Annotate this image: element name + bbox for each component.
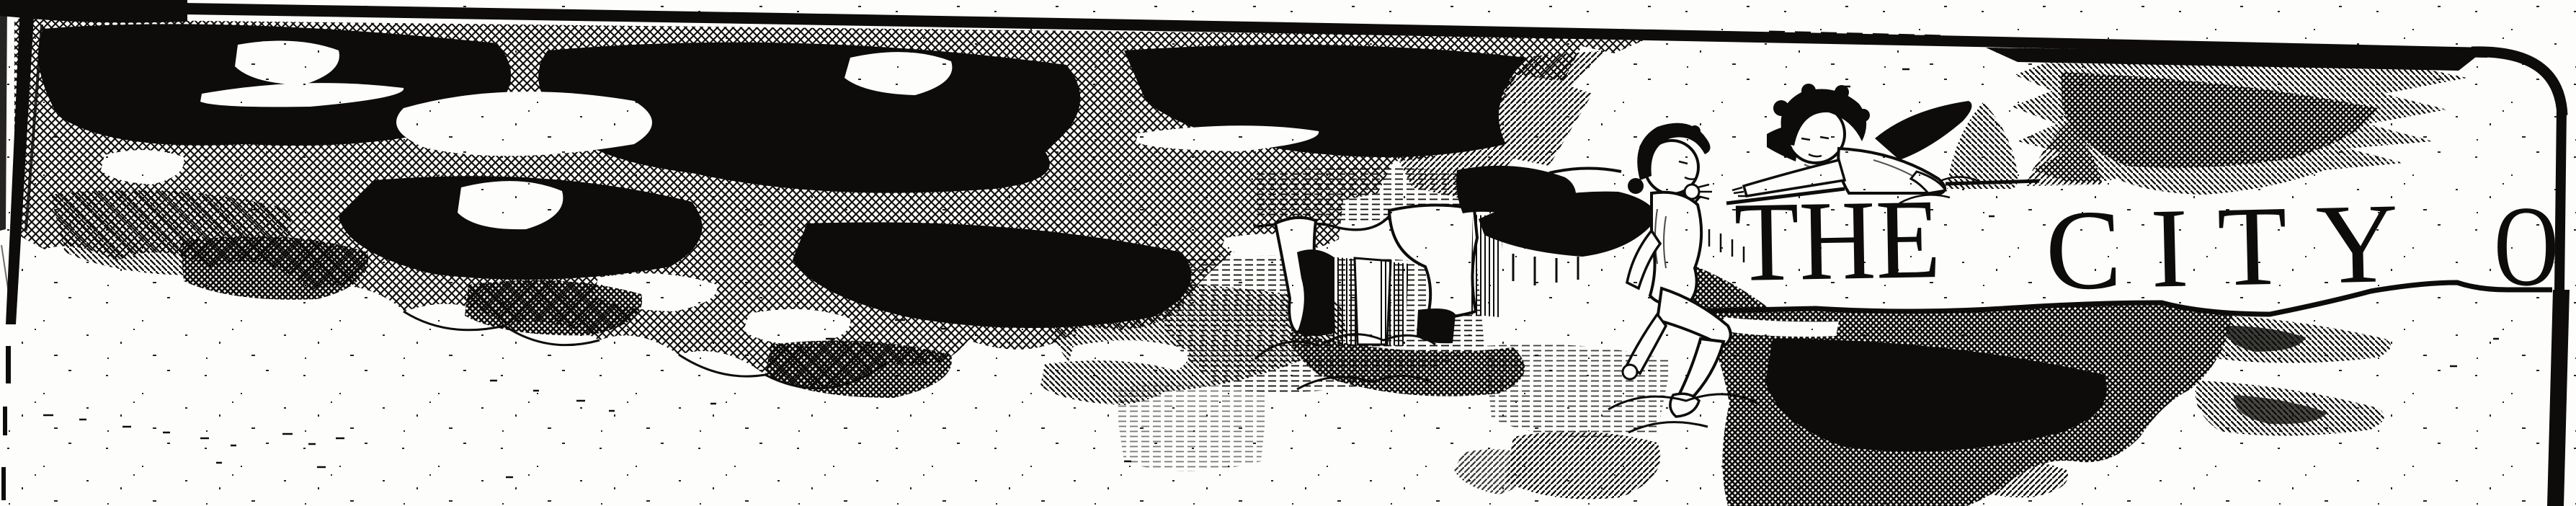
engraved-map-title-plate: THE CITY O [0, 0, 2576, 506]
paper-speckle-overlay [0, 0, 2576, 506]
engraving-scene: THE CITY O [0, 0, 2576, 506]
